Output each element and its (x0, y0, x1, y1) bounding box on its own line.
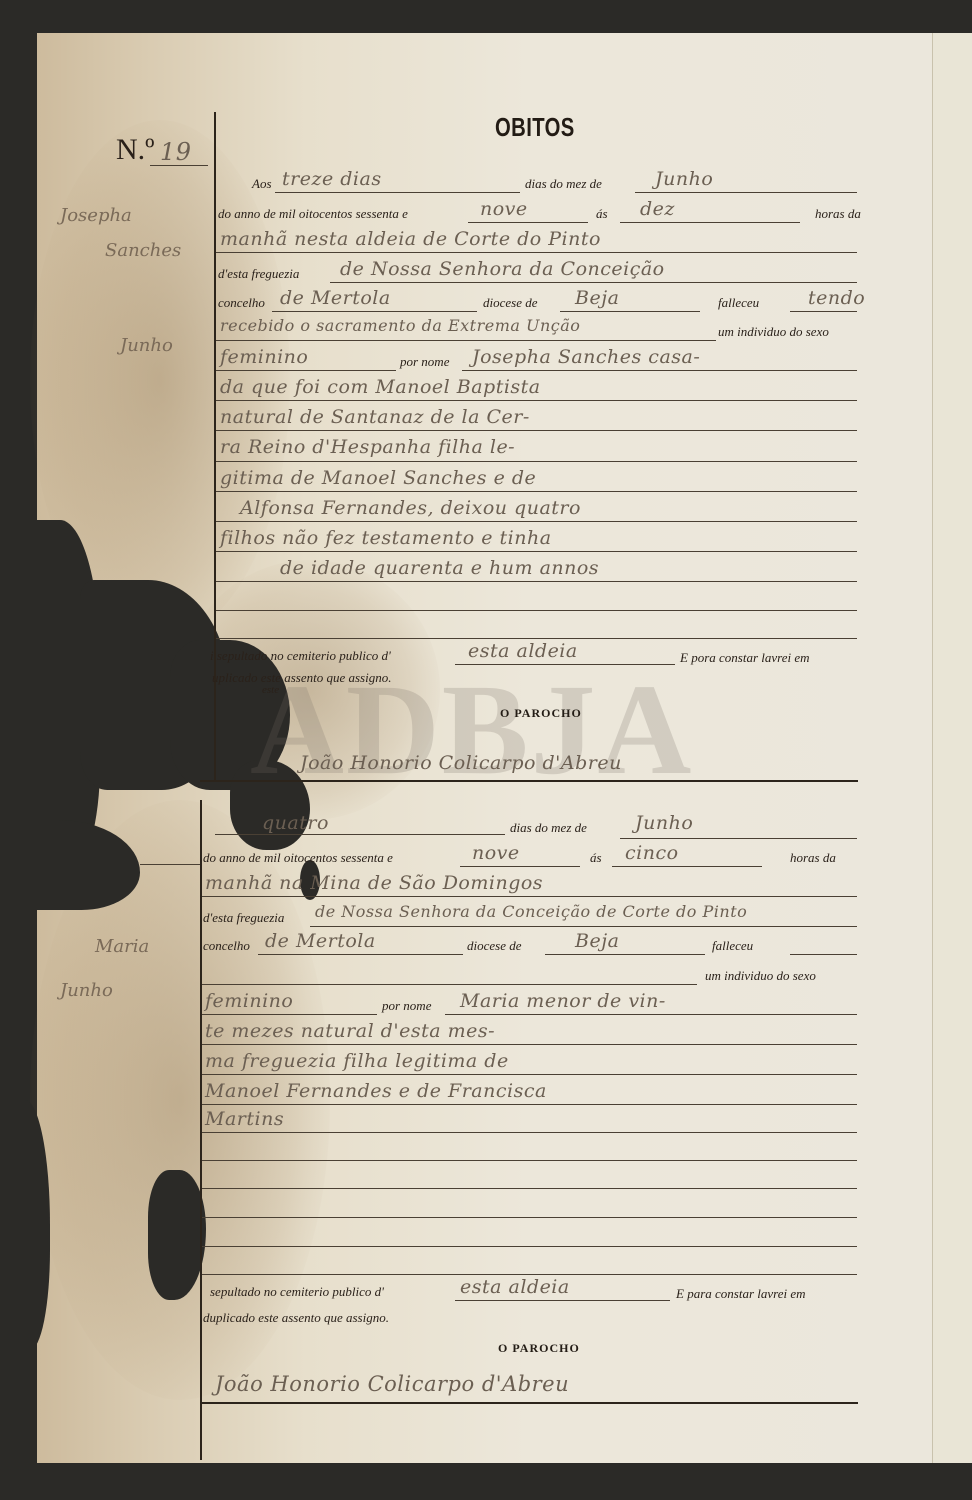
label-parocho: O PAROCHO (498, 1341, 580, 1356)
adjacent-page-edge (932, 33, 972, 1463)
label-parocho: O PAROCHO (500, 706, 582, 721)
label-horas-da: horas da (815, 206, 861, 222)
label-horas-da: horas da (790, 850, 836, 866)
field-line (310, 926, 857, 927)
value-dia: quatro (262, 812, 329, 834)
field-line (635, 192, 857, 193)
value-freguezia: de Nossa Senhora da Conceição (340, 258, 665, 280)
value-horas-da-line: manhã nesta aldeia de Corte do Pinto (220, 228, 601, 250)
value-nome-line-4: Manoel Fernandes e de Francisca (205, 1080, 547, 1102)
margin-note-month: Junho (60, 980, 113, 1001)
value-nome-line-6: Alfonsa Fernandes, deixou quatro (240, 497, 581, 519)
label-freguezia: d'esta freguezia (218, 266, 299, 282)
field-line (445, 1014, 857, 1015)
label-duplicado: uplicado este assento que assigno. (212, 670, 391, 686)
label-dias-do-mez: dias do mez de (510, 820, 587, 836)
value-concelho: de Mertola (265, 930, 376, 952)
label-por-nome: por nome (382, 998, 431, 1014)
label-sepultado: sepultado no cemiterio publico d' (210, 1284, 384, 1300)
label-individuo: um individuo do sexo (705, 968, 816, 984)
value-nome-line-5: gitima de Manoel Sanches e de (220, 467, 536, 489)
margin-note-surname: Sanches (105, 240, 181, 261)
value-falleceu: tendo (808, 287, 865, 309)
label-por-nome: por nome (400, 354, 449, 370)
burn-hole (0, 1100, 50, 1350)
field-line (202, 1217, 857, 1218)
value-horas-da-line: manhã na Mina de São Domingos (205, 872, 543, 894)
field-line (216, 638, 857, 639)
value-anno: nove (480, 198, 528, 220)
label-constar: E pora constar lavrei em (680, 650, 810, 666)
field-line (216, 461, 857, 462)
value-falleceu-cont: recebido o sacramento da Extrema Unção (220, 316, 580, 335)
value-dia: treze dias (282, 168, 382, 190)
value-nome-line-4: ra Reino d'Hespanha filha le- (220, 436, 515, 458)
field-line (202, 1044, 857, 1045)
field-line (216, 400, 857, 401)
entry-number: 19 (160, 138, 192, 166)
value-mez: Junho (655, 168, 713, 190)
field-line (455, 1300, 670, 1301)
field-line (460, 866, 580, 867)
field-line (202, 1274, 857, 1275)
value-freguezia: de Nossa Senhora da Conceição de Corte d… (315, 902, 747, 921)
value-diocese: Beja (575, 930, 619, 952)
number-underline (140, 864, 200, 865)
field-line (330, 282, 857, 283)
label-individuo: um individuo do sexo (718, 324, 829, 340)
value-mez: Junho (635, 812, 693, 834)
field-line (216, 551, 857, 552)
field-line (216, 491, 857, 492)
field-line (215, 834, 505, 835)
field-line (455, 664, 675, 665)
value-cemiterio: esta aldeia (468, 640, 578, 662)
value-sexo: feminino (205, 990, 293, 1012)
label-falleceu: falleceu (718, 295, 759, 311)
value-hora: cinco (625, 842, 679, 864)
label-anno: do anno de mil oitocentos sessenta e (203, 850, 393, 866)
field-line (202, 1246, 857, 1247)
parocho-signature: João Honorio Colicarpo d'Abreu (300, 752, 622, 774)
margin-rule (200, 800, 202, 1460)
value-concelho: de Mertola (280, 287, 391, 309)
label-as: ás (596, 206, 608, 222)
field-line (612, 866, 762, 867)
label-este-correction: este (262, 684, 279, 696)
margin-note-month: Junho (120, 335, 173, 356)
label-dias-do-mez: dias do mez de (525, 176, 602, 192)
label-falleceu: falleceu (712, 938, 753, 954)
value-hora: dez (640, 198, 675, 220)
margin-note-name: Maria (95, 936, 149, 957)
field-line (545, 954, 705, 955)
field-line (202, 1132, 857, 1133)
value-sexo: feminino (220, 346, 308, 368)
value-diocese: Beja (575, 287, 619, 309)
value-nome-line-2: da que foi com Manoel Baptista (220, 376, 541, 398)
label-as: ás (590, 850, 602, 866)
field-line (202, 1104, 857, 1105)
label-anno: do anno de mil oitocentos sessenta e (218, 206, 408, 222)
field-line (202, 984, 697, 985)
label-aos: Aos (252, 176, 272, 192)
label-diocese: diocese de (467, 938, 522, 954)
value-nome-line-8: de idade quarenta e hum annos (280, 557, 599, 579)
field-line (216, 581, 857, 582)
margin-note-name: Josepha (60, 205, 132, 226)
field-line (468, 222, 588, 223)
value-nome-line-5: Martins (205, 1108, 284, 1130)
field-line (202, 896, 857, 897)
value-nome-line-7: filhos não fez testamento e tinha (220, 527, 552, 549)
value-anno: nove (472, 842, 520, 864)
value-nome-line-3: natural de Santanaz de la Cer- (220, 406, 530, 428)
label-concelho: concelho (203, 938, 250, 954)
field-line (462, 370, 857, 371)
entry-separator (200, 780, 858, 782)
label-freguezia: d'esta freguezia (203, 910, 284, 926)
field-line (790, 954, 857, 955)
entry-separator (200, 1402, 858, 1404)
label-duplicado: duplicado este assento que assigno. (203, 1310, 389, 1326)
label-sepultado: i sepultado no cemiterio publico d' (210, 648, 391, 664)
field-line (216, 340, 716, 341)
value-cemiterio: esta aldeia (460, 1276, 570, 1298)
field-line (216, 610, 857, 611)
field-line (202, 1014, 377, 1015)
value-nome-line-1: Maria menor de vin- (460, 990, 666, 1012)
field-line (258, 954, 463, 955)
value-nome-line-3: ma freguezia filha legitima de (205, 1050, 509, 1072)
field-line (202, 1160, 857, 1161)
field-line (202, 1074, 857, 1075)
field-line (275, 192, 520, 193)
field-line (216, 521, 857, 522)
page-title: OBITOS (495, 112, 575, 143)
field-line (790, 311, 857, 312)
field-line (620, 838, 857, 839)
field-line (202, 1188, 857, 1189)
value-nome-line-1: Josepha Sanches casa- (472, 346, 700, 368)
field-line (560, 311, 700, 312)
parocho-signature: João Honorio Colicarpo d'Abreu (215, 1372, 569, 1396)
label-diocese: diocese de (483, 295, 538, 311)
field-line (620, 222, 800, 223)
value-nome-line-2: te mezes natural d'esta mes- (205, 1020, 495, 1042)
field-line (216, 370, 396, 371)
field-line (216, 252, 857, 253)
field-line (216, 430, 857, 431)
label-concelho: concelho (218, 295, 265, 311)
label-constar: E para constar lavrei em (676, 1286, 806, 1302)
entry-number-label: N.º (116, 133, 154, 167)
field-line (272, 311, 477, 312)
